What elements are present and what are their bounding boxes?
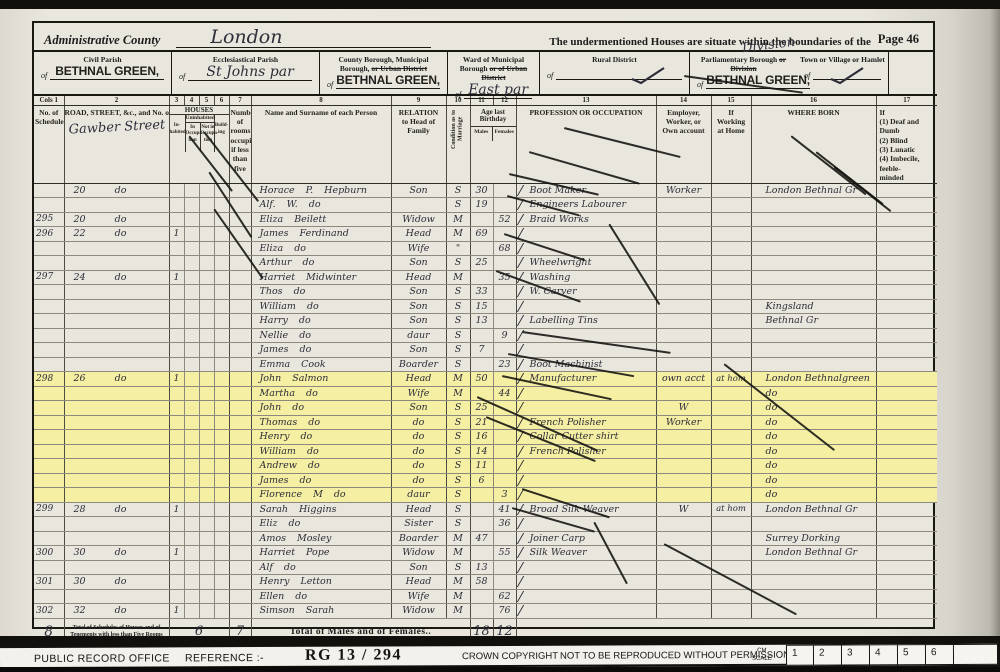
building-mark [214, 517, 229, 532]
census-row: 300 30 do 1 Harriet Pope Widow M 55 Silk… [34, 546, 937, 561]
infirmity [876, 502, 937, 517]
column-header-relation: RELATION to Head of Family [391, 105, 446, 183]
profession [516, 343, 656, 358]
building-mark [214, 212, 229, 227]
address [64, 386, 169, 401]
where-born [751, 517, 876, 532]
employer-status: Worker [656, 183, 711, 198]
uninhabited-in-occupation-mark [184, 314, 199, 329]
where-born [751, 560, 876, 575]
employer-status [656, 430, 711, 445]
census-row: 295 20 do Eliza Beilett Widow M 52 Braid… [34, 212, 937, 227]
address [64, 459, 169, 474]
age-male [470, 546, 493, 561]
building-mark [214, 241, 229, 256]
age-female [493, 343, 516, 358]
infirmity [876, 227, 937, 242]
uninhabited-in-occupation-mark [184, 270, 199, 285]
uninhabited-not-in-occupation-mark [199, 270, 214, 285]
area-label: Civil Parish [34, 55, 171, 64]
rooms-count [229, 299, 251, 314]
age-male [470, 488, 493, 503]
age-female [493, 575, 516, 590]
houses-inhabited-mark [169, 517, 184, 532]
schedule-number [34, 256, 64, 271]
working-at-home [711, 270, 751, 285]
working-at-home [711, 415, 751, 430]
address [64, 589, 169, 604]
building-mark [214, 415, 229, 430]
relation-to-head: Wife [391, 241, 446, 256]
uninhabited-not-in-occupation-mark [199, 386, 214, 401]
census-table: Cols 1 2 3 4 5 6 7 8 9 10 11 12 13 14 15… [34, 94, 937, 645]
employer-status [656, 227, 711, 242]
working-at-home [711, 183, 751, 198]
rooms-count [229, 212, 251, 227]
relation-to-head: Son [391, 314, 446, 329]
census-row: Alf do Son S 13 [34, 560, 937, 575]
area-value: East par [464, 83, 532, 99]
where-born [751, 589, 876, 604]
houses-inhabited-mark: 1 [169, 372, 184, 387]
building-mark [214, 531, 229, 546]
marriage-condition: S [446, 444, 470, 459]
area-value-line: of BETHNAL GREEN, [34, 65, 171, 80]
age-male: 69 [470, 227, 493, 242]
where-born: Bethnal Gr [751, 314, 876, 329]
person-name: Andrew do [251, 459, 391, 474]
schedule-number [34, 183, 64, 198]
uninhabited-not-in-occupation-mark [199, 314, 214, 329]
address [64, 430, 169, 445]
area-label-text: Parliamentary Borough [701, 55, 777, 64]
rooms-count [229, 285, 251, 300]
infirmity [876, 212, 937, 227]
where-born: do [751, 473, 876, 488]
working-at-home [711, 299, 751, 314]
column-number: Cols 1 [34, 95, 64, 105]
schedule-number: 295 [34, 212, 64, 227]
column-number: 6 [214, 95, 229, 105]
in-occupation-header: In Occupa- tion [186, 123, 201, 151]
where-born: do [751, 430, 876, 445]
houses-inhabited-mark: 1 [169, 227, 184, 242]
age-male: 13 [470, 560, 493, 575]
schedule-number [34, 401, 64, 416]
profession [516, 241, 656, 256]
schedule-number [34, 198, 64, 213]
marriage-condition: S [446, 183, 470, 198]
area-label-text: Civil Parish [83, 55, 121, 64]
person-name: Arthur do [251, 256, 391, 271]
houses-inhabited-mark [169, 488, 184, 503]
uninhabited-not-in-occupation-mark [199, 212, 214, 227]
marriage-condition: M [446, 546, 470, 561]
person-name: Nellie do [251, 328, 391, 343]
uninhabited-not-in-occupation-mark [199, 241, 214, 256]
employer-status [656, 212, 711, 227]
age-female [493, 401, 516, 416]
rooms-count [229, 198, 251, 213]
marriage-condition: S [446, 328, 470, 343]
census-row: Eliza do Wife " 68 [34, 241, 937, 256]
marriage-condition: S [446, 473, 470, 488]
infirmity [876, 604, 937, 619]
where-born [751, 212, 876, 227]
address: 32 do [64, 604, 169, 619]
employer-status [656, 386, 711, 401]
working-at-home [711, 531, 751, 546]
uninhabited-in-occupation-mark [184, 546, 199, 561]
rooms-count [229, 314, 251, 329]
address [64, 560, 169, 575]
infirmity [876, 401, 937, 416]
where-born: do [751, 415, 876, 430]
working-at-home [711, 589, 751, 604]
column-number: 5 [199, 95, 214, 105]
area-value-line: of BETHNAL GREEN, [320, 74, 447, 89]
uninhabited-in-occupation-mark [184, 502, 199, 517]
person-name: Florence M do [251, 488, 391, 503]
address [64, 517, 169, 532]
address [64, 299, 169, 314]
age-female [493, 256, 516, 271]
rooms-count [229, 328, 251, 343]
infirmity [876, 285, 937, 300]
area-value: BETHNAL GREEN, [50, 65, 164, 80]
relation-to-head: daur [391, 488, 446, 503]
column-header-infirmity: If (1) Deaf and Dumb (2) Blind (3) Lunat… [876, 105, 937, 183]
person-name: John Salmon [251, 372, 391, 387]
relation-to-head: Sister [391, 517, 446, 532]
infirmity [876, 357, 937, 372]
profession: Wheelwright [516, 256, 656, 271]
census-row: Eliz do Sister S 36 [34, 517, 937, 532]
infirmity [876, 488, 937, 503]
address [64, 314, 169, 329]
address: 28 do [64, 502, 169, 517]
infirmity [876, 183, 937, 198]
age-female [493, 198, 516, 213]
uninhabited-not-in-occupation-mark [199, 415, 214, 430]
area-value-line: of BETHNAL GREEN, [690, 74, 797, 89]
relation-to-head: Son [391, 299, 446, 314]
age-male [470, 241, 493, 256]
houses-inhabited-mark [169, 589, 184, 604]
profession: Engineers Labourer [516, 198, 656, 213]
infirmity [876, 560, 937, 575]
employer-status [656, 604, 711, 619]
undermentioned-text: The undermentioned Houses are situate wi… [549, 36, 871, 48]
uninhabited-not-in-occupation-mark [199, 488, 214, 503]
uninhabited-not-in-occupation-mark [199, 256, 214, 271]
building-mark [214, 198, 229, 213]
uninhabited-in-occupation-mark [184, 285, 199, 300]
area-cell: Town or Village or Hamlet of [797, 52, 889, 94]
employer-status: W [656, 401, 711, 416]
houses-inhabited-mark: 1 [169, 604, 184, 619]
uninhabited-not-in-occupation-mark [199, 285, 214, 300]
employer-status [656, 285, 711, 300]
employer-status: Worker [656, 415, 711, 430]
profession: Silk Weaver [516, 546, 656, 561]
uninhabited-in-occupation-mark [184, 415, 199, 430]
rooms-count [229, 459, 251, 474]
houses-inhabited-header: In- habited [170, 115, 185, 152]
schedule-number: 301 [34, 575, 64, 590]
schedule-number [34, 430, 64, 445]
relation-to-head: Head [391, 502, 446, 517]
area-header-row: Civil Parish of BETHNAL GREEN, Ecclesias… [34, 50, 933, 94]
address [64, 531, 169, 546]
reference-number: RG 13 / 294 [305, 646, 402, 664]
schedule-number [34, 241, 64, 256]
schedule-number [34, 314, 64, 329]
relation-to-head: Wife [391, 589, 446, 604]
column-number: 17 [876, 95, 937, 105]
age-female: 9 [493, 328, 516, 343]
schedule-number [34, 415, 64, 430]
houses-inhabited-mark [169, 198, 184, 213]
infirmity [876, 241, 937, 256]
person-name: William do [251, 299, 391, 314]
age-female [493, 227, 516, 242]
where-born [751, 256, 876, 271]
uninhabited-not-in-occupation-mark [199, 459, 214, 474]
relation-to-head: Son [391, 560, 446, 575]
marriage-condition: S [446, 299, 470, 314]
age-male [470, 517, 493, 532]
building-mark [214, 401, 229, 416]
age-male: 13 [470, 314, 493, 329]
schedule-number [34, 285, 64, 300]
building-mark [214, 444, 229, 459]
census-row: William do do S 14 French Polisher do [34, 444, 937, 459]
profession [516, 328, 656, 343]
of-prefix: of [697, 80, 703, 89]
address: 26 do [64, 372, 169, 387]
scale-end-box [954, 644, 998, 665]
rooms-count [229, 473, 251, 488]
building-mark [214, 589, 229, 604]
scan-top-border [0, 0, 1000, 9]
building-mark [214, 575, 229, 590]
infirmity [876, 589, 937, 604]
houses-inhabited-mark [169, 299, 184, 314]
uninhabited-in-occupation-mark [184, 198, 199, 213]
where-born: Surrey Dorking [751, 531, 876, 546]
age-female: 55 [493, 546, 516, 561]
uninhabited-in-occupation-mark [184, 299, 199, 314]
marriage-condition: M [446, 227, 470, 242]
relation-to-head: Widow [391, 604, 446, 619]
column-header-row: No. of Schedule ROAD, STREET, &c., and N… [34, 105, 937, 183]
houses-inhabited-mark [169, 256, 184, 271]
uninhabited-in-occupation-mark [184, 241, 199, 256]
census-row: Florence M do daur S 3 do [34, 488, 937, 503]
uninhabited-not-in-occupation-mark [199, 531, 214, 546]
uninhabited-not-in-occupation-mark [199, 546, 214, 561]
column-number: 16 [751, 95, 876, 105]
where-born: do [751, 401, 876, 416]
building-mark [214, 560, 229, 575]
crown-copyright-label: CROWN COPYRIGHT [462, 651, 558, 662]
schedule-number [34, 328, 64, 343]
houses-inhabited-mark [169, 415, 184, 430]
profession: Broad Silk Weaver [516, 502, 656, 517]
profession [516, 517, 656, 532]
census-row: Thomas do do S 21 French Polisher Worker… [34, 415, 937, 430]
uninhabited-not-in-occupation-mark [199, 328, 214, 343]
census-row: Amos Mosley Boarder M 47 Joiner Carp Sur… [34, 531, 937, 546]
person-name: Eliza Beilett [251, 212, 391, 227]
scan-bottom-border [0, 667, 1000, 672]
rooms-count [229, 372, 251, 387]
scale-tick: 4 [870, 644, 898, 665]
census-row: 296 22 do 1 James Ferdinand Head M 69 [34, 227, 937, 242]
employer-status [656, 575, 711, 590]
person-name: Harriet Midwinter [251, 270, 391, 285]
of-prefix: of [547, 71, 553, 80]
houses-inhabited-mark: 1 [169, 502, 184, 517]
column-number: 2 [64, 95, 169, 105]
area-label-text: Town or Village or Hamlet [800, 55, 885, 64]
profession: Braid Works [516, 212, 656, 227]
infirmity [876, 299, 937, 314]
age-female [493, 473, 516, 488]
uninhabited-in-occupation-mark [184, 328, 199, 343]
profession: French Polisher [516, 444, 656, 459]
working-at-home [711, 357, 751, 372]
person-name: Eliz do [251, 517, 391, 532]
marriage-condition: S [446, 198, 470, 213]
census-row: James do Son S 7 [34, 343, 937, 358]
marriage-condition: M [446, 575, 470, 590]
building-mark [214, 430, 229, 445]
person-name: Harry do [251, 314, 391, 329]
marriage-condition: S [446, 430, 470, 445]
address [64, 328, 169, 343]
where-born [751, 285, 876, 300]
address: 30 do [64, 575, 169, 590]
address [64, 488, 169, 503]
rooms-count [229, 546, 251, 561]
houses-inhabited-mark [169, 386, 184, 401]
column-header-schedule: No. of Schedule [34, 105, 64, 183]
census-row: Nellie do daur S 9 [34, 328, 937, 343]
age-male: 50 [470, 372, 493, 387]
age-female [493, 560, 516, 575]
rooms-count [229, 401, 251, 416]
profession: Boot Machinist [516, 357, 656, 372]
column-header-houses: HOUSES In- habited Uninhabited In Occupa… [169, 105, 229, 183]
address [64, 357, 169, 372]
age-female [493, 415, 516, 430]
where-born [751, 343, 876, 358]
building-mark [214, 183, 229, 198]
census-row: Henry do do S 16 Collar Cutter shirt do [34, 430, 937, 445]
building-mark [214, 343, 229, 358]
building-mark [214, 270, 229, 285]
where-born [751, 575, 876, 590]
schedule-number [34, 589, 64, 604]
age-female: 41 [493, 502, 516, 517]
area-label: Rural District [540, 55, 689, 64]
uninhabited-in-occupation-mark [184, 183, 199, 198]
employer-status [656, 328, 711, 343]
address [64, 415, 169, 430]
marriage-condition: M [446, 212, 470, 227]
column-number: 14 [656, 95, 711, 105]
employer-status: W [656, 502, 711, 517]
profession [516, 299, 656, 314]
uninhabited-in-occupation-mark [184, 401, 199, 416]
marriage-condition: S [446, 459, 470, 474]
area-value: BETHNAL GREEN, [336, 74, 440, 89]
age-female: 62 [493, 589, 516, 604]
houses-inhabited-mark [169, 430, 184, 445]
building-mark [214, 546, 229, 561]
working-at-home [711, 444, 751, 459]
infirmity [876, 343, 937, 358]
relation-to-head: Head [391, 575, 446, 590]
working-at-home [711, 459, 751, 474]
age-male [470, 212, 493, 227]
infirmity [876, 256, 937, 271]
building-mark [214, 372, 229, 387]
uninhabited-not-in-occupation-mark [199, 343, 214, 358]
uninhabited-not-in-occupation-mark [199, 560, 214, 575]
schedule-number: 296 [34, 227, 64, 242]
relation-to-head: Son [391, 401, 446, 416]
address [64, 444, 169, 459]
age-female: 44 [493, 386, 516, 401]
where-born [751, 241, 876, 256]
person-name: Henry do [251, 430, 391, 445]
age-female: 36 [493, 517, 516, 532]
relation-to-head: do [391, 459, 446, 474]
area-label: County Borough, Municipal Borough, or Ur… [320, 55, 447, 73]
pen-check-mark [629, 66, 667, 91]
profession [516, 488, 656, 503]
working-at-home [711, 575, 751, 590]
building-mark [214, 227, 229, 242]
where-born: London Bethnal Gr [751, 502, 876, 517]
employer-status [656, 444, 711, 459]
relation-to-head: Boarder [391, 357, 446, 372]
relation-to-head: Boarder [391, 531, 446, 546]
reference-label: REFERENCE :- [185, 652, 264, 664]
age-female [493, 299, 516, 314]
working-at-home [711, 560, 751, 575]
working-at-home [711, 314, 751, 329]
marriage-condition: S [446, 517, 470, 532]
profession: W. Carver [516, 285, 656, 300]
census-row: Ellen do Wife M 62 [34, 589, 937, 604]
age-female: 3 [493, 488, 516, 503]
age-female [493, 183, 516, 198]
census-row: Andrew do do S 11 do [34, 459, 937, 474]
address [64, 473, 169, 488]
pro-reference-strip: PUBLIC RECORD OFFICE REFERENCE :- RG 13 … [0, 644, 990, 669]
area-value-line: of St Johns par [172, 65, 319, 81]
rooms-count [229, 444, 251, 459]
working-at-home [711, 343, 751, 358]
column-number: 8 [251, 95, 391, 105]
marriage-condition: " [446, 241, 470, 256]
where-born: London Bethnal Gr [751, 546, 876, 561]
rooms-count [229, 604, 251, 619]
